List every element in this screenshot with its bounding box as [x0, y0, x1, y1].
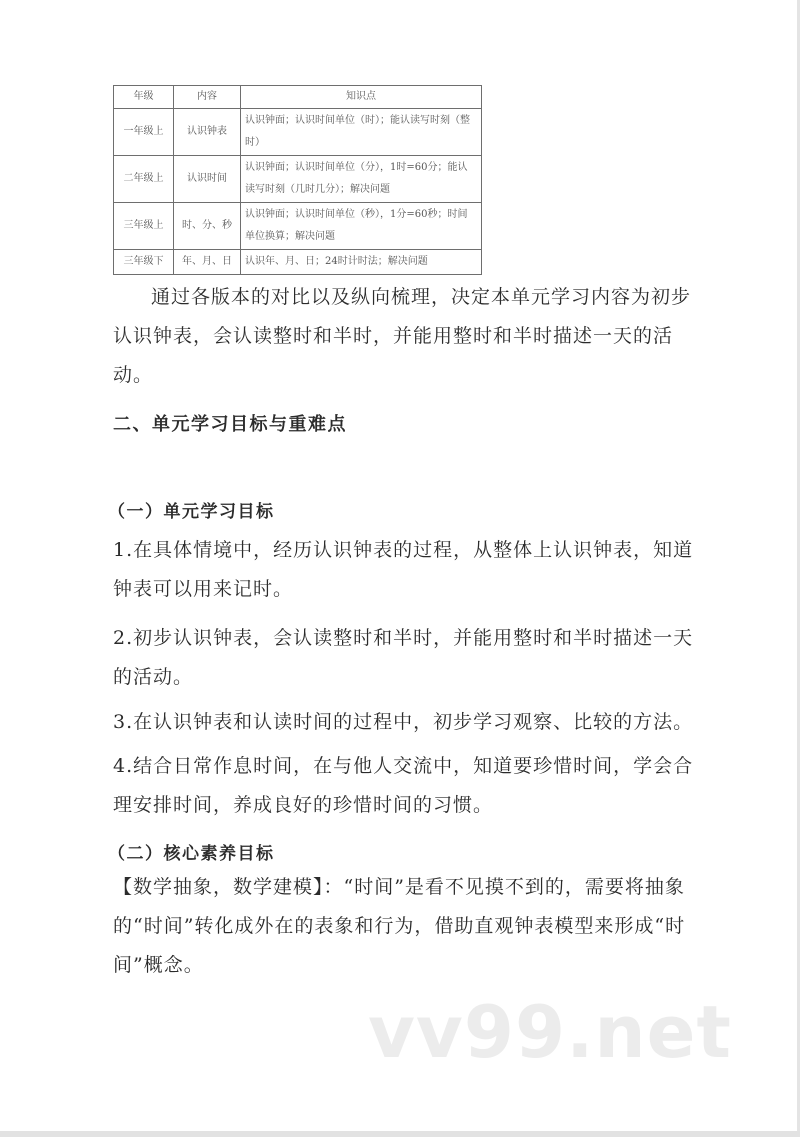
objective-item-4: 4.结合日常作息时间，在与他人交流中，知道要珍惜时间，学会合理安排时间，养成良好… [113, 747, 703, 825]
table-row: 一年级上 认识钟表 认识钟面；认识时间单位（时）；能认读写时刻（整时） [114, 109, 482, 156]
intro-paragraph: 通过各版本的对比以及纵向梳理，决定本单元学习内容为初步认识钟表，会认读整时和半时… [113, 278, 703, 395]
cell-knowledge: 认识年、月、日；24时计时法；解决问题 [241, 250, 482, 275]
header-knowledge: 知识点 [241, 86, 482, 109]
cell-grade: 二年级上 [114, 156, 174, 203]
table-row: 二年级上 认识时间 认识钟面；认识时间单位（分），1时=60分；能认读写时刻（几… [114, 156, 482, 203]
page-bottom-edge [0, 1131, 800, 1137]
cell-grade: 一年级上 [114, 109, 174, 156]
cell-content: 时、分、秒 [174, 203, 241, 250]
cell-content: 认识时间 [174, 156, 241, 203]
core-paragraph: 【数学抽象，数学建模】：“时间”是看不见摸不到的，需要将抽象的“时间”转化成外在… [113, 868, 703, 985]
cell-knowledge: 认识钟面；认识时间单位（分），1时=60分；能认读写时刻（几时几分）；解决问题 [241, 156, 482, 203]
cell-grade: 三年级下 [114, 250, 174, 275]
cell-grade: 三年级上 [114, 203, 174, 250]
objective-item-3: 3.在认识钟表和认读时间的过程中，初步学习观察、比较的方法。 [113, 703, 703, 742]
section-heading: 二、单元学习目标与重难点 [113, 410, 347, 436]
objective-item-2: 2.初步认识钟表，会认读整时和半时，并能用整时和半时描述一天的活动。 [113, 619, 703, 697]
cell-content: 认识钟表 [174, 109, 241, 156]
cell-content: 年、月、日 [174, 250, 241, 275]
knowledge-table: 年级 内容 知识点 一年级上 认识钟表 认识钟面；认识时间单位（时）；能认读写时… [113, 85, 482, 275]
header-content: 内容 [174, 86, 241, 109]
watermark-text: vv99.net [368, 990, 732, 1074]
table-row: 三年级下 年、月、日 认识年、月、日；24时计时法；解决问题 [114, 250, 482, 275]
objective-item-1: 1.在具体情境中，经历认识钟表的过程，从整体上认识钟表，知道钟表可以用来记时。 [113, 531, 703, 609]
cell-knowledge: 认识钟面；认识时间单位（秒），1分=60秒；时间单位换算；解决问题 [241, 203, 482, 250]
cell-knowledge: 认识钟面；认识时间单位（时）；能认读写时刻（整时） [241, 109, 482, 156]
table-row: 三年级上 时、分、秒 认识钟面；认识时间单位（秒），1分=60秒；时间单位换算；… [114, 203, 482, 250]
subsection-heading-objectives: （一）单元学习目标 [108, 497, 275, 522]
table-header-row: 年级 内容 知识点 [114, 86, 482, 109]
header-grade: 年级 [114, 86, 174, 109]
subsection-heading-core: （二）核心素养目标 [108, 839, 275, 864]
